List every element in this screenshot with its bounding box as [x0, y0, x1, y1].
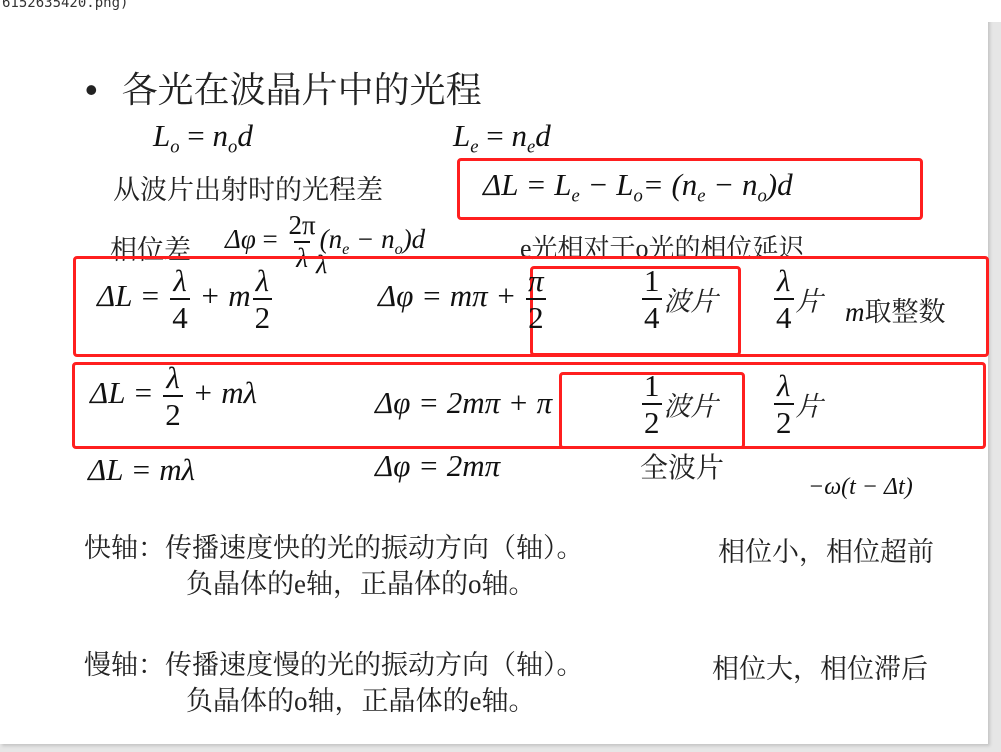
slow-axis-label: 慢轴： [84, 650, 165, 680]
slide-canvas: 6152635420.png) • 各光在波晶片中的光程 Lo = nod Le… [0, 0, 988, 744]
row1-m-integer-note: m取整数 [845, 290, 946, 329]
row1-path-difference: ΔL = λ4 + mλ2 [97, 265, 274, 333]
fast-axis-line1: 快轴：传播速度快的光的振动方向（轴）。 [84, 526, 584, 565]
title-text: 各光在波晶片中的光程 [122, 69, 482, 110]
row1-lambda-plate: λ4片 [772, 265, 823, 333]
row2-lambda-plate: λ2片 [772, 370, 823, 438]
fast-axis-label: 快轴： [84, 533, 165, 563]
fast-axis-note: 相位小，相位超前 [718, 530, 934, 569]
row1-plate: 14波片 [640, 265, 718, 333]
row2-path-difference: ΔL = λ2 + mλ [90, 362, 257, 430]
row2-plate: 12波片 [640, 370, 718, 438]
Lo-equation: Lo = nod [153, 118, 253, 159]
Le-equation: Le = ned [453, 118, 551, 159]
row3-full-wave-plate: 全波片 [640, 446, 724, 486]
row2-phase: Δφ = 2mπ + π [375, 385, 552, 421]
path-difference-label: 从波片出射时的光程差 [113, 168, 383, 207]
fast-axis-line2: 负晶体的e轴，正晶体的o轴。 [186, 562, 535, 601]
slow-axis-note: 相位大，相位滞后 [712, 647, 928, 686]
row3-phase: Δφ = 2mπ [375, 448, 500, 484]
slide-title: • 各光在波晶片中的光程 [85, 62, 482, 113]
omega-expression: −ω(t − Δt) [808, 474, 913, 501]
path-difference-formula: ΔL = Le − Lo= (ne − no)d [483, 167, 793, 208]
row1-phase: Δφ = mπ + π2 [378, 265, 548, 333]
row3-path-difference: ΔL = mλ [88, 452, 195, 488]
slow-axis-line2: 负晶体的o轴，正晶体的e轴。 [186, 679, 535, 718]
slow-axis-line1: 慢轴：传播速度慢的光的振动方向（轴）。 [84, 643, 584, 682]
filename-text: 6152635420.png) [2, 0, 128, 10]
title-bullet: • [85, 69, 98, 110]
filename-header: 6152635420.png) [0, 0, 1001, 22]
